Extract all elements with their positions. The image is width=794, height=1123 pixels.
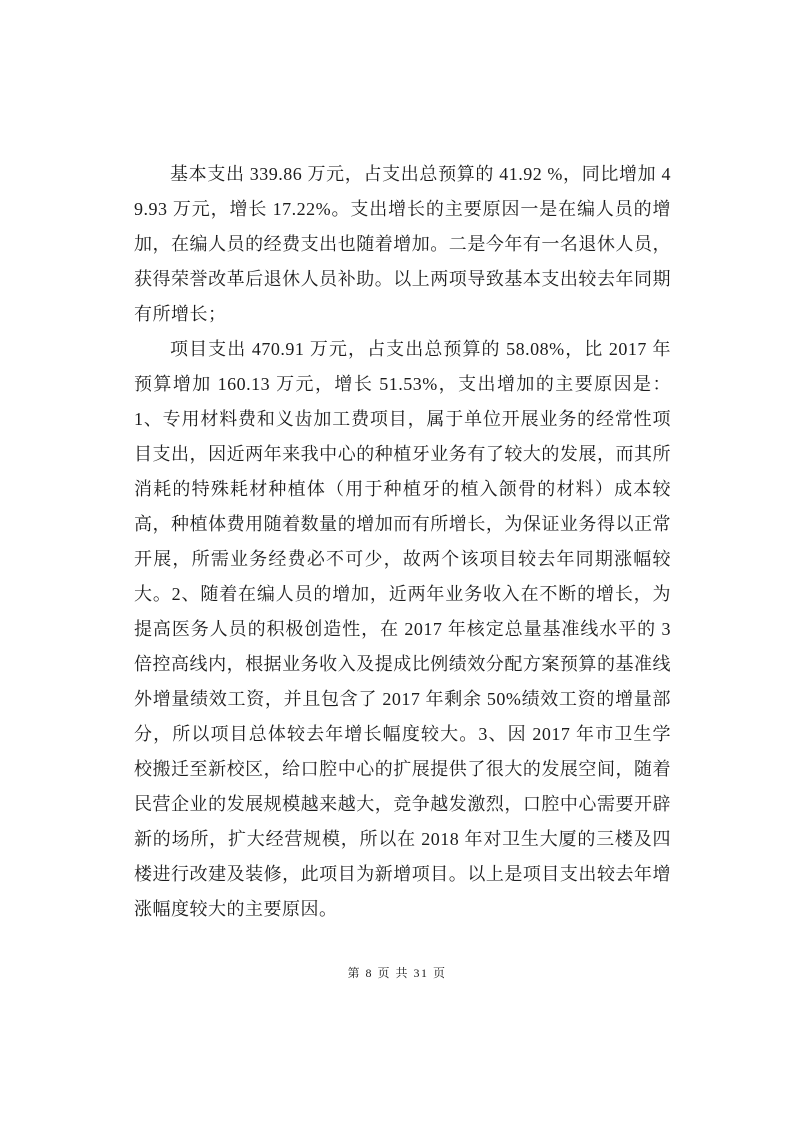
document-page: 基本支出 339.86 万元，占支出总预算的 41.92 %，同比增加 49.9… xyxy=(0,0,794,1123)
page-footer: 第 8 页 共 31 页 xyxy=(0,964,794,981)
paragraph-project-expenditure: 项目支出 470.91 万元，占支出总预算的 58.08%，比 2017 年预算… xyxy=(134,332,671,927)
document-body: 基本支出 339.86 万元，占支出总预算的 41.92 %，同比增加 49.9… xyxy=(134,157,671,927)
paragraph-basic-expenditure: 基本支出 339.86 万元，占支出总预算的 41.92 %，同比增加 49.9… xyxy=(134,157,671,332)
page-number: 第 8 页 共 31 页 xyxy=(347,966,446,980)
